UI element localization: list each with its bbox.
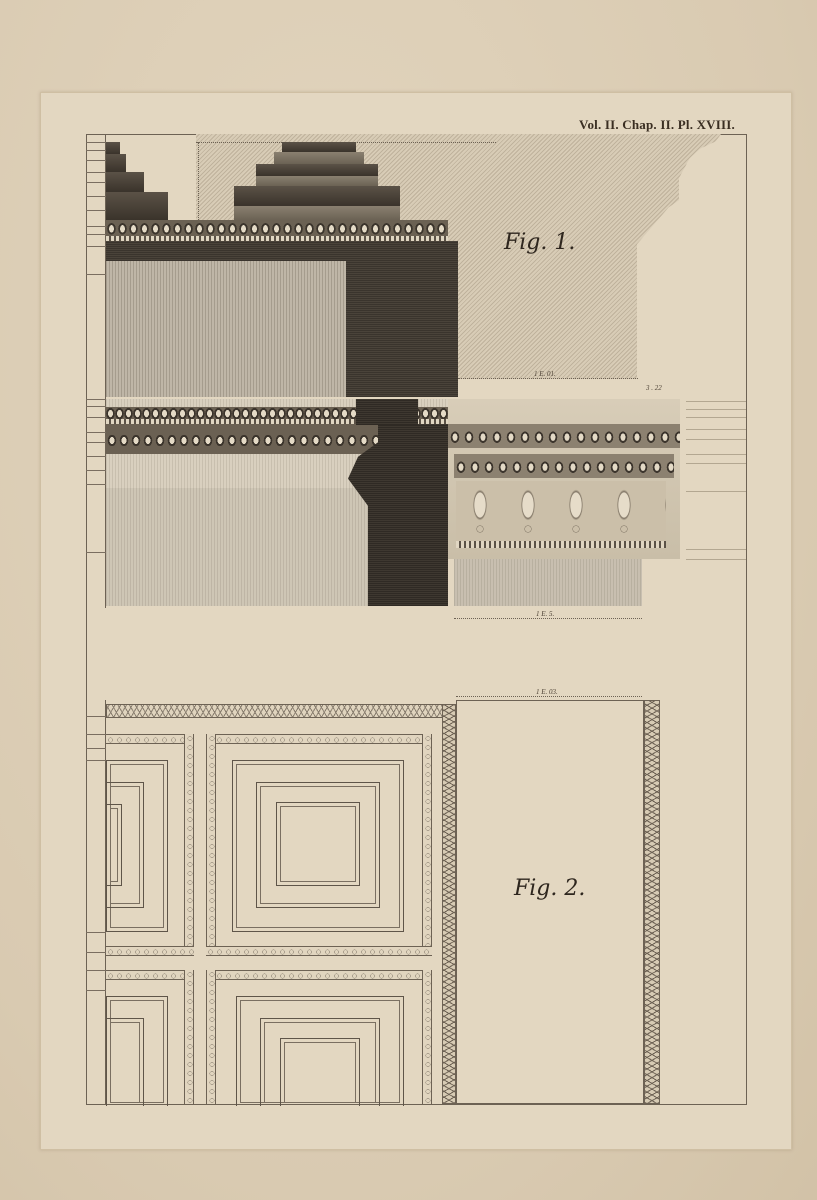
pilaster-shaft — [454, 559, 642, 606]
pedestal-step — [106, 154, 126, 172]
pedestal-step — [256, 176, 378, 186]
pedestal-step — [256, 164, 378, 176]
bead-reel-moulding — [206, 946, 432, 956]
upper-egg-and-dart-moulding — [106, 220, 448, 236]
fig2-label: Fig. 2. — [514, 876, 585, 901]
capital-egg-and-dart-lower — [454, 454, 674, 478]
bead-reel-moulding — [422, 734, 432, 956]
fig1-left-scale — [86, 134, 106, 608]
fig1-right-scale — [686, 399, 746, 569]
bead-reel-moulding — [184, 970, 194, 1104]
fig1-label: Fig. 1. — [504, 230, 575, 255]
pedestal-step — [106, 192, 168, 220]
upper-wall-shadow — [346, 241, 458, 397]
fig2-top-width-label: 1 E. 03. — [536, 688, 558, 696]
coffer-panel-partial-core — [106, 804, 122, 886]
bead-reel-moulding — [184, 734, 194, 956]
right-projection-label: 3 . 22 — [646, 384, 662, 392]
vertical-dimension-line — [198, 142, 199, 222]
bead-reel-moulding — [206, 970, 432, 980]
pedestal-step — [106, 142, 120, 154]
cornice-width-label: 1 E. 01. — [534, 370, 556, 378]
coffer-panel-inner — [276, 802, 360, 886]
column-top-shadow — [356, 399, 418, 425]
anthemion-palmette-frieze — [456, 481, 666, 541]
bead-reel-moulding — [206, 734, 432, 744]
bead-reel-moulding — [106, 970, 194, 980]
capital-egg-and-dart-upper — [448, 424, 680, 448]
bead-reel-moulding — [206, 970, 216, 1104]
bead-reel-moulding — [106, 734, 194, 744]
capital-dimension-line — [454, 618, 642, 619]
cornice-dimension-line — [458, 378, 638, 379]
capital-block — [448, 399, 680, 559]
bead-reel-moulding — [106, 946, 194, 956]
capital-width-label: 1 E. 5. — [536, 610, 554, 618]
top-guilloche-border — [106, 704, 456, 718]
fig2-left-scale — [86, 700, 106, 1105]
figure-1-elevation: 1 E. 01. 3 . 22 1 E. 5. Fig. 1. — [86, 134, 747, 608]
outer-guilloche-border — [644, 700, 660, 1104]
coffer-panel-partial-inner — [106, 1018, 144, 1106]
plate-title: Vol. II. Chap. II. Pl. XVIII. — [579, 117, 735, 133]
figure-2-soffit-plan: 1 E. 03. Fig. 2. — [86, 700, 747, 1105]
coffer-panel-inner — [280, 1038, 360, 1106]
bead-reel-moulding — [206, 734, 216, 956]
pedestal-step — [234, 186, 400, 206]
pedestal-step — [274, 152, 364, 164]
pedestal-step — [234, 206, 400, 220]
inner-guilloche-border — [442, 704, 456, 1104]
pedestal-step — [282, 142, 356, 152]
capital-bead-moulding — [456, 541, 666, 548]
fig2-top-dimension-line — [456, 696, 642, 697]
bead-reel-moulding — [422, 970, 432, 1104]
soffit-plain-panel — [456, 700, 644, 1104]
upper-wall-face — [106, 261, 346, 397]
pedestal-step — [106, 172, 144, 192]
